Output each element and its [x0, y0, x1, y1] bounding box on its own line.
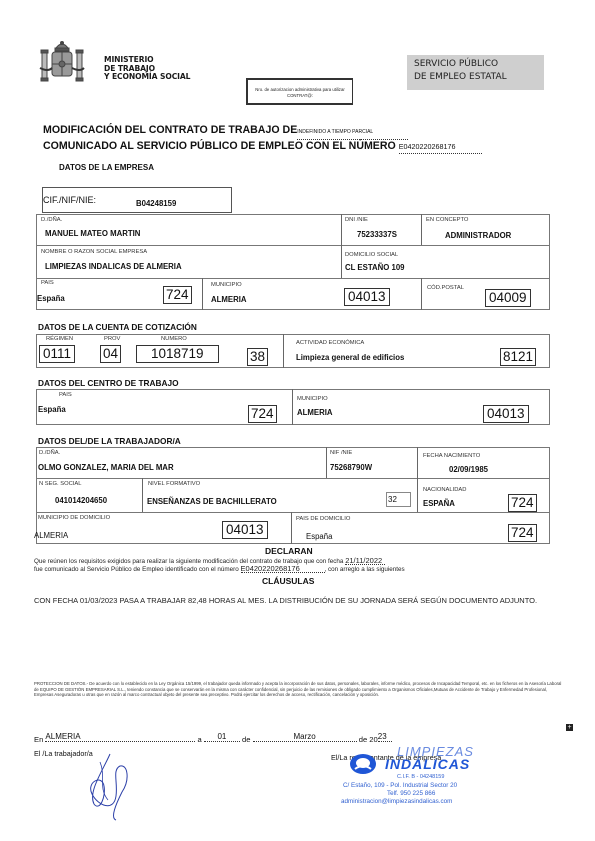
- title-line-1: MODIFICACIÓN DEL CONTRATO DE TRABAJO DE: [43, 124, 297, 136]
- divider: [142, 478, 143, 512]
- prov-label: PROV: [104, 336, 120, 342]
- home-municipality: ALMERIA: [34, 531, 68, 540]
- section-heading-trabajador: DATOS DEL/DE LA TRABAJADOR/A: [38, 436, 181, 446]
- municipality-label: MUNICIPIO: [211, 282, 242, 288]
- postal-code-box: 04009: [485, 289, 531, 307]
- centro-country-code-box: 724: [248, 405, 277, 423]
- regimen-box: 0111: [39, 345, 75, 363]
- education-code: 32: [388, 495, 397, 504]
- education-value: ENSEÑANZAS DE BACHILLERATO: [147, 497, 277, 506]
- signature-year: 23: [378, 732, 392, 742]
- a-label: a: [198, 735, 202, 744]
- declaran-text: Que reúnen los requisitos exigidos para …: [34, 557, 564, 573]
- concept-label: EN CONCEPTO: [426, 217, 468, 223]
- worker-name-label: D./DÑA.: [39, 450, 60, 456]
- country-code-box: 724: [163, 286, 192, 304]
- representative-name: MANUEL MATEO MARTIN: [45, 229, 140, 238]
- address-value: CL ESTAÑO 109: [345, 263, 405, 272]
- worker-name: OLMO GONZALEZ, MARIA DEL MAR: [38, 463, 174, 472]
- divider: [417, 447, 418, 512]
- sepe-line-2: DE EMPLEO ESTATAL: [414, 71, 544, 84]
- regimen-label: RÉGIMEN: [46, 336, 73, 342]
- contract-type: INDEFINIDO A TIEMPO PARCIAL: [297, 126, 408, 140]
- data-protection-notice: PROTECCION DE DATOS.- De acuerdo con lo …: [34, 681, 564, 698]
- divider: [292, 389, 293, 425]
- centro-municipality-code-box: 04013: [483, 405, 529, 423]
- stamp-cif: C.I.F. B - 04248159: [397, 774, 444, 780]
- dni-value: 75233337S: [357, 230, 397, 239]
- nationality-value: ESPAÑA: [423, 499, 455, 508]
- home-municipality-label: MUNICIPIO DE DOMICILIO: [38, 515, 110, 521]
- cif-value: B04248159: [136, 199, 176, 208]
- stamp-address: C/ Estaño, 109 - Pol. Industrial Sector …: [343, 782, 457, 789]
- nationality-label: NACIONALIDAD: [423, 487, 467, 493]
- divider: [36, 278, 550, 279]
- ss-number: 041014204650: [55, 496, 107, 505]
- company-logo-icon: [349, 753, 377, 775]
- year-prefix: de 20: [359, 735, 378, 744]
- country-value: España: [37, 294, 65, 303]
- municipality-value: ALMERIA: [211, 295, 247, 304]
- company-name-label: NOMBRE O RAZON SOCIAL EMPRESA: [41, 249, 147, 255]
- clausulas-heading: CLÁUSULAS: [262, 576, 314, 586]
- company-stamp: LIMPIEZAS INDÁLICAS C.I.F. B - 04248159 …: [335, 748, 505, 818]
- title-line-2: COMUNICADO AL SERVICIO PÚBLICO DE EMPLEO…: [43, 140, 396, 152]
- section-heading-centro: DATOS DEL CENTRO DE TRABAJO: [38, 378, 179, 388]
- education-label: NIVEL FORMATIVO: [148, 481, 200, 487]
- trabajador-table: [36, 447, 550, 544]
- centro-country-label: PAIS: [59, 392, 72, 398]
- centro-municipality-label: MUNICIPIO: [297, 396, 328, 402]
- plus-icon[interactable]: +: [566, 724, 573, 731]
- divider: [202, 278, 203, 310]
- spanish-coat-of-arms-icon: [38, 38, 86, 90]
- declaran-text-3: , con arreglo a las siguientes: [325, 566, 405, 573]
- divider: [283, 334, 284, 368]
- divider: [421, 278, 422, 310]
- worker-signature: [80, 752, 140, 822]
- section-heading-empresa: DATOS DE LA EMPRESA: [59, 163, 154, 172]
- de-label: de: [242, 735, 250, 744]
- authorization-number-box: Nro. de autorizacion administrativa para…: [246, 78, 353, 105]
- divider: [341, 214, 342, 278]
- country-label: PAIS: [41, 280, 54, 286]
- numero-box: 1018719: [136, 345, 219, 363]
- en-label: En: [34, 735, 43, 744]
- centro-country-value: España: [38, 405, 66, 414]
- centro-table: [36, 389, 550, 425]
- ss-number-label: N SEG. SOCIAL: [39, 481, 82, 487]
- control-digit-box: 38: [247, 348, 268, 366]
- divider: [36, 245, 550, 246]
- sepe-line-1: SERVICIO PÚBLICO: [414, 58, 544, 71]
- cif-label: CIF./NIF/NIE:: [43, 195, 96, 205]
- declaran-number: E0420220268176: [241, 565, 325, 573]
- birth-date: 02/09/1985: [449, 465, 488, 474]
- divider: [326, 447, 327, 478]
- birth-date-label: FECHA NACIMIENTO: [423, 453, 480, 459]
- numero-label: NUMERO: [161, 336, 187, 342]
- activity-value: Limpieza general de edificios: [296, 353, 404, 362]
- declaran-text-2: fue comunicado al Servicio Público de Em…: [34, 566, 239, 573]
- stamp-phone: Telf. 950 225 866: [387, 790, 435, 797]
- signature-month: Marzo: [253, 732, 357, 742]
- worker-nif: 75268790W: [330, 463, 372, 472]
- postal-code-label: CÓD.POSTAL: [427, 285, 464, 291]
- document-title: MODIFICACIÓN DEL CONTRATO DE TRABAJO DEI…: [43, 124, 482, 154]
- clausulas-text: CON FECHA 01/03/2023 PASA A TRABAJAR 82,…: [34, 596, 564, 605]
- prov-box: 04: [100, 345, 121, 363]
- representative-label: D./DÑA.: [41, 217, 62, 223]
- company-name: LIMPIEZAS INDALICAS DE ALMERIA: [45, 262, 182, 271]
- municipality-code-box: 04013: [344, 288, 390, 306]
- dni-label: DNI /NIE: [345, 217, 368, 223]
- signature-day: 01: [204, 732, 240, 742]
- address-label: DOMICILIO SOCIAL: [345, 252, 398, 258]
- stamp-email: administracion@limpiezasindalicas.com: [341, 798, 452, 805]
- activity-code-box: 8121: [500, 348, 536, 366]
- home-municipality-code-box: 04013: [222, 521, 268, 539]
- home-country: España: [306, 532, 332, 541]
- concept-value: ADMINISTRADOR: [445, 231, 511, 240]
- divider: [291, 512, 292, 544]
- worker-nif-label: NIF /NIE: [330, 450, 352, 456]
- auth-box-contrata: CONTRAT@:: [248, 93, 352, 99]
- sepe-logo-box: SERVICIO PÚBLICO DE EMPLEO ESTATAL: [407, 55, 544, 90]
- divider: [36, 478, 550, 479]
- signature-place: ALMERIA: [45, 732, 195, 742]
- divider: [36, 512, 550, 513]
- education-code-box: 32: [386, 492, 411, 507]
- declaran-heading: DECLARAN: [265, 546, 313, 556]
- activity-label: ACTIVIDAD ECONÓMICA: [296, 340, 364, 346]
- signature-place-date: En ALMERIA a 01 de Marzo de 2023: [34, 735, 392, 745]
- communication-number: E0420220268176: [399, 141, 482, 155]
- ministry-name: MINISTERIO DE TRABAJO Y ECONOMÍA SOCIAL: [104, 56, 190, 82]
- centro-municipality-value: ALMERIA: [297, 408, 333, 417]
- ministry-line-3: Y ECONOMÍA SOCIAL: [104, 73, 190, 82]
- stamp-brand-line-2: INDÁLICAS: [385, 756, 470, 772]
- divider: [421, 214, 422, 245]
- section-heading-cotizacion: DATOS DE LA CUENTA DE COTIZACIÓN: [38, 322, 197, 332]
- auth-box-label: Nro. de autorizacion administrativa para…: [248, 87, 352, 93]
- home-country-code-box: 724: [508, 524, 537, 542]
- nationality-code-box: 724: [508, 494, 537, 512]
- home-country-label: PAIS DE DOMICILIO: [296, 516, 350, 522]
- communication-date: 21/11/2022: [345, 557, 385, 565]
